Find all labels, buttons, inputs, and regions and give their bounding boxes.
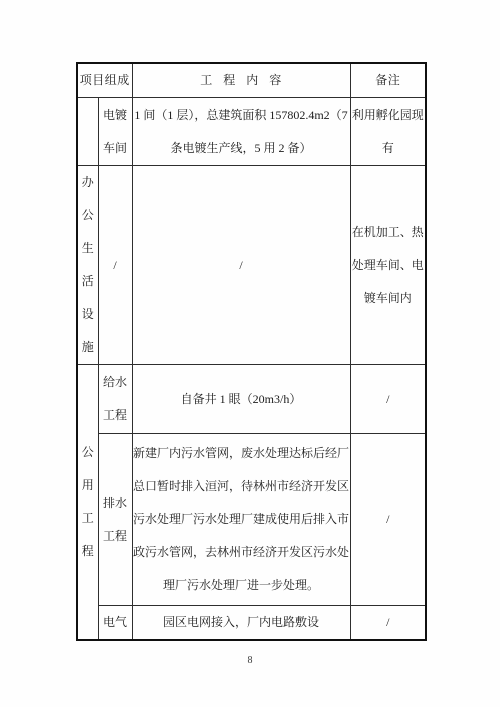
cell-water-supply-content: 自备井 1 眼（20m3/h） bbox=[132, 365, 350, 434]
cell-water-supply-note-slash: / bbox=[350, 365, 426, 434]
row-drainage: 排水 工程 新建厂内污水管网，废水处理达标后经厂 总口暂时排入洹河，待林州市经济… bbox=[77, 434, 426, 606]
header-remarks: 备注 bbox=[350, 63, 426, 98]
document-page: 项目组成 工 程 内 容 备注 电镀 车间 1 间（1 层），总建筑面积 157… bbox=[0, 0, 500, 707]
row-electroplating-workshop: 电镀 车间 1 间（1 层），总建筑面积 157802.4m2（7 条电镀生产线… bbox=[77, 98, 426, 166]
cell-workshop-content: 1 间（1 层），总建筑面积 157802.4m2（7 条电镀生产线，5 用 2… bbox=[132, 98, 350, 166]
cell-workshop-group-empty bbox=[77, 98, 98, 166]
table-header-row: 项目组成 工 程 内 容 备注 bbox=[77, 63, 426, 98]
cell-office-content-slash: / bbox=[132, 166, 350, 365]
cell-drainage-content: 新建厂内污水管网，废水处理达标后经厂 总口暂时排入洹河，待林州市经济开发区 污水… bbox=[132, 434, 350, 606]
cell-electrical-label: 电气 bbox=[98, 606, 132, 641]
cell-water-supply-label: 给水 工程 bbox=[98, 365, 132, 434]
row-office-living-facilities: 办 公 生 活 设 施 / / 在机加工、热 处理车间、电 镀车间内 bbox=[77, 166, 426, 365]
cell-office-label-slash: / bbox=[98, 166, 132, 365]
cell-electrical-note-slash: / bbox=[350, 606, 426, 641]
header-engineering-content: 工 程 内 容 bbox=[132, 63, 350, 98]
cell-drainage-label: 排水 工程 bbox=[98, 434, 132, 606]
project-composition-table: 项目组成 工 程 内 容 备注 电镀 车间 1 间（1 层），总建筑面积 157… bbox=[76, 62, 427, 641]
cell-electrical-content: 园区电网接入，厂内电路敷设 bbox=[132, 606, 350, 641]
cell-office-facilities-group: 办 公 生 活 设 施 bbox=[77, 166, 98, 365]
cell-workshop-note: 利用孵化园现 有 bbox=[350, 98, 426, 166]
page-number: 8 bbox=[0, 655, 500, 666]
cell-office-note: 在机加工、热 处理车间、电 镀车间内 bbox=[350, 166, 426, 365]
cell-drainage-note-slash: / bbox=[350, 434, 426, 606]
cell-utility-engineering-group: 公 用 工 程 bbox=[77, 365, 98, 641]
cell-workshop-label: 电镀 车间 bbox=[98, 98, 132, 166]
row-electrical: 电气 园区电网接入，厂内电路敷设 / bbox=[77, 606, 426, 641]
header-project-composition: 项目组成 bbox=[77, 63, 132, 98]
row-water-supply: 公 用 工 程 给水 工程 自备井 1 眼（20m3/h） / bbox=[77, 365, 426, 434]
